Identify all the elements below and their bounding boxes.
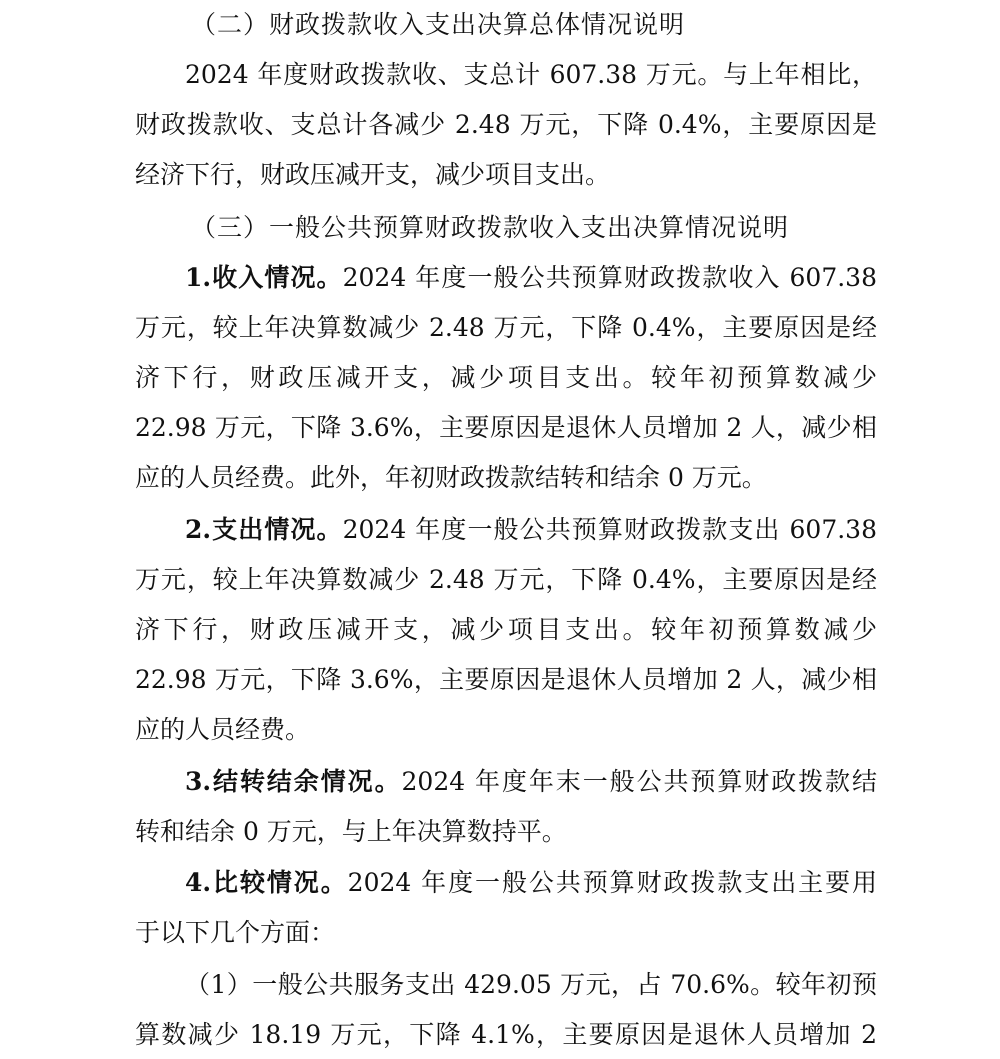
paragraph-income-first-line: 1.收入情况。2024 年度一般公共预算财政拨款收入 607.38 <box>185 253 877 303</box>
paragraph-line: 应的人员经费。 <box>135 705 877 755</box>
paragraph-line: 转和结余 0 万元，与上年决算数持平。 <box>135 807 877 857</box>
paragraph-line: 22.98 万元，下降 3.6%，主要原因是退休人员增加 2 人，减少相 <box>135 655 877 705</box>
paragraph-line: 2024 年度财政拨款收、支总计 607.38 万元。与上年相比， <box>185 50 877 100</box>
paragraph-line: 济下行，财政压减开支，减少项目支出。较年初预算数减少 <box>135 353 877 403</box>
paragraph-expenditure-first-line: 2.支出情况。2024 年度一般公共预算财政拨款支出 607.38 <box>185 505 877 555</box>
paragraph-carryover-first-line: 3.结转结余情况。2024 年度年末一般公共预算财政拨款结 <box>185 757 877 807</box>
paragraph-line: 应的人员经费。此外，年初财政拨款结转和结余 0 万元。 <box>135 453 877 503</box>
section-heading-3: （三）一般公共预算财政拨款收入支出决算情况说明 <box>191 203 789 253</box>
paragraph-comparison-first-line: 4.比较情况。2024 年度一般公共预算财政拨款支出主要用 <box>185 858 877 908</box>
paragraph-lead-income: 1.收入情况。 <box>185 263 343 292</box>
paragraph-lead-comparison: 4.比较情况。 <box>185 868 348 897</box>
section-heading-2: （二）财政拨款收入支出决算总体情况说明 <box>191 0 685 50</box>
paragraph-text: 2024 年度一般公共预算财政拨款支出 607.38 <box>343 515 877 544</box>
paragraph-line: 财政拨款收、支总计各减少 2.48 万元，下降 0.4%，主要原因是 <box>135 100 877 150</box>
paragraph-line: 万元，较上年决算数减少 2.48 万元，下降 0.4%，主要原因是经 <box>135 555 877 605</box>
paragraph-line: 经济下行，财政压减开支，减少项目支出。 <box>135 150 877 200</box>
paragraph-line: 算数减少 18.19 万元，下降 4.1%，主要原因是退休人员增加 2 <box>135 1010 877 1059</box>
paragraph-text: 2024 年度一般公共预算财政拨款收入 607.38 <box>343 263 877 292</box>
paragraph-line: 22.98 万元，下降 3.6%，主要原因是退休人员增加 2 人，减少相 <box>135 403 877 453</box>
paragraph-text: 2024 年度一般公共预算财政拨款支出主要用 <box>348 868 877 897</box>
paragraph-lead-expenditure: 2.支出情况。 <box>185 515 343 544</box>
paragraph-line: 于以下几个方面： <box>135 908 877 958</box>
paragraph-text: 2024 年度年末一般公共预算财政拨款结 <box>402 767 877 796</box>
paragraph-lead-carryover: 3.结转结余情况。 <box>185 767 402 796</box>
paragraph-line: （1）一般公共服务支出 429.05 万元，占 70.6%。较年初预 <box>185 960 877 1010</box>
paragraph-line: 济下行，财政压减开支，减少项目支出。较年初预算数减少 <box>135 605 877 655</box>
paragraph-line: 万元，较上年决算数减少 2.48 万元，下降 0.4%，主要原因是经 <box>135 303 877 353</box>
